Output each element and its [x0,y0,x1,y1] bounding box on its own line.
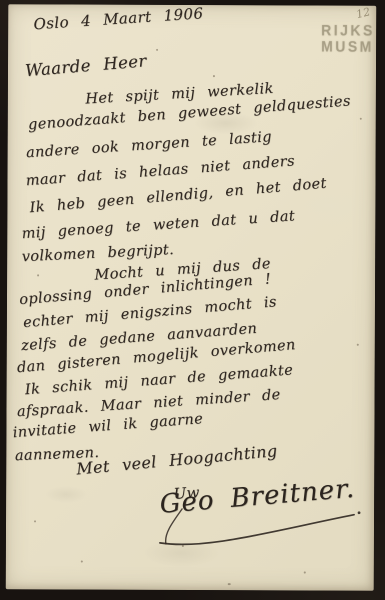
letter-scan: 12 RIJKS MUSM Oslo 4 Maart 1906 Waarde H… [0,0,385,600]
paper-speck [156,49,158,51]
closing-line: Met veel Hoogachting [75,441,278,478]
stamp-line-2: MUSM [321,39,375,55]
handwriting-line: andere ook morgen te lastig [26,129,273,161]
paper-speck [213,75,215,77]
salutation: Waarde Heer [24,51,147,80]
paper-speck [182,545,184,547]
signature-flourish [146,503,366,552]
paper-speck [360,118,362,120]
paper-speck [34,520,36,522]
page-number: 12 [355,5,372,21]
stamp-line-1: RIJKS [321,22,375,38]
letter-page: 12 RIJKS MUSM Oslo 4 Maart 1906 Waarde H… [6,4,377,591]
rijksmuseum-stamp: RIJKS MUSM [321,22,375,55]
date-line: Oslo 4 Maart 1906 [33,4,204,33]
handwriting-line: volkomen begrijpt. [21,242,174,265]
paper-speck [357,344,359,346]
paper-speck [228,583,231,585]
paper-speck [81,561,83,563]
paper-speck [304,571,306,573]
paper-speck [37,274,39,276]
